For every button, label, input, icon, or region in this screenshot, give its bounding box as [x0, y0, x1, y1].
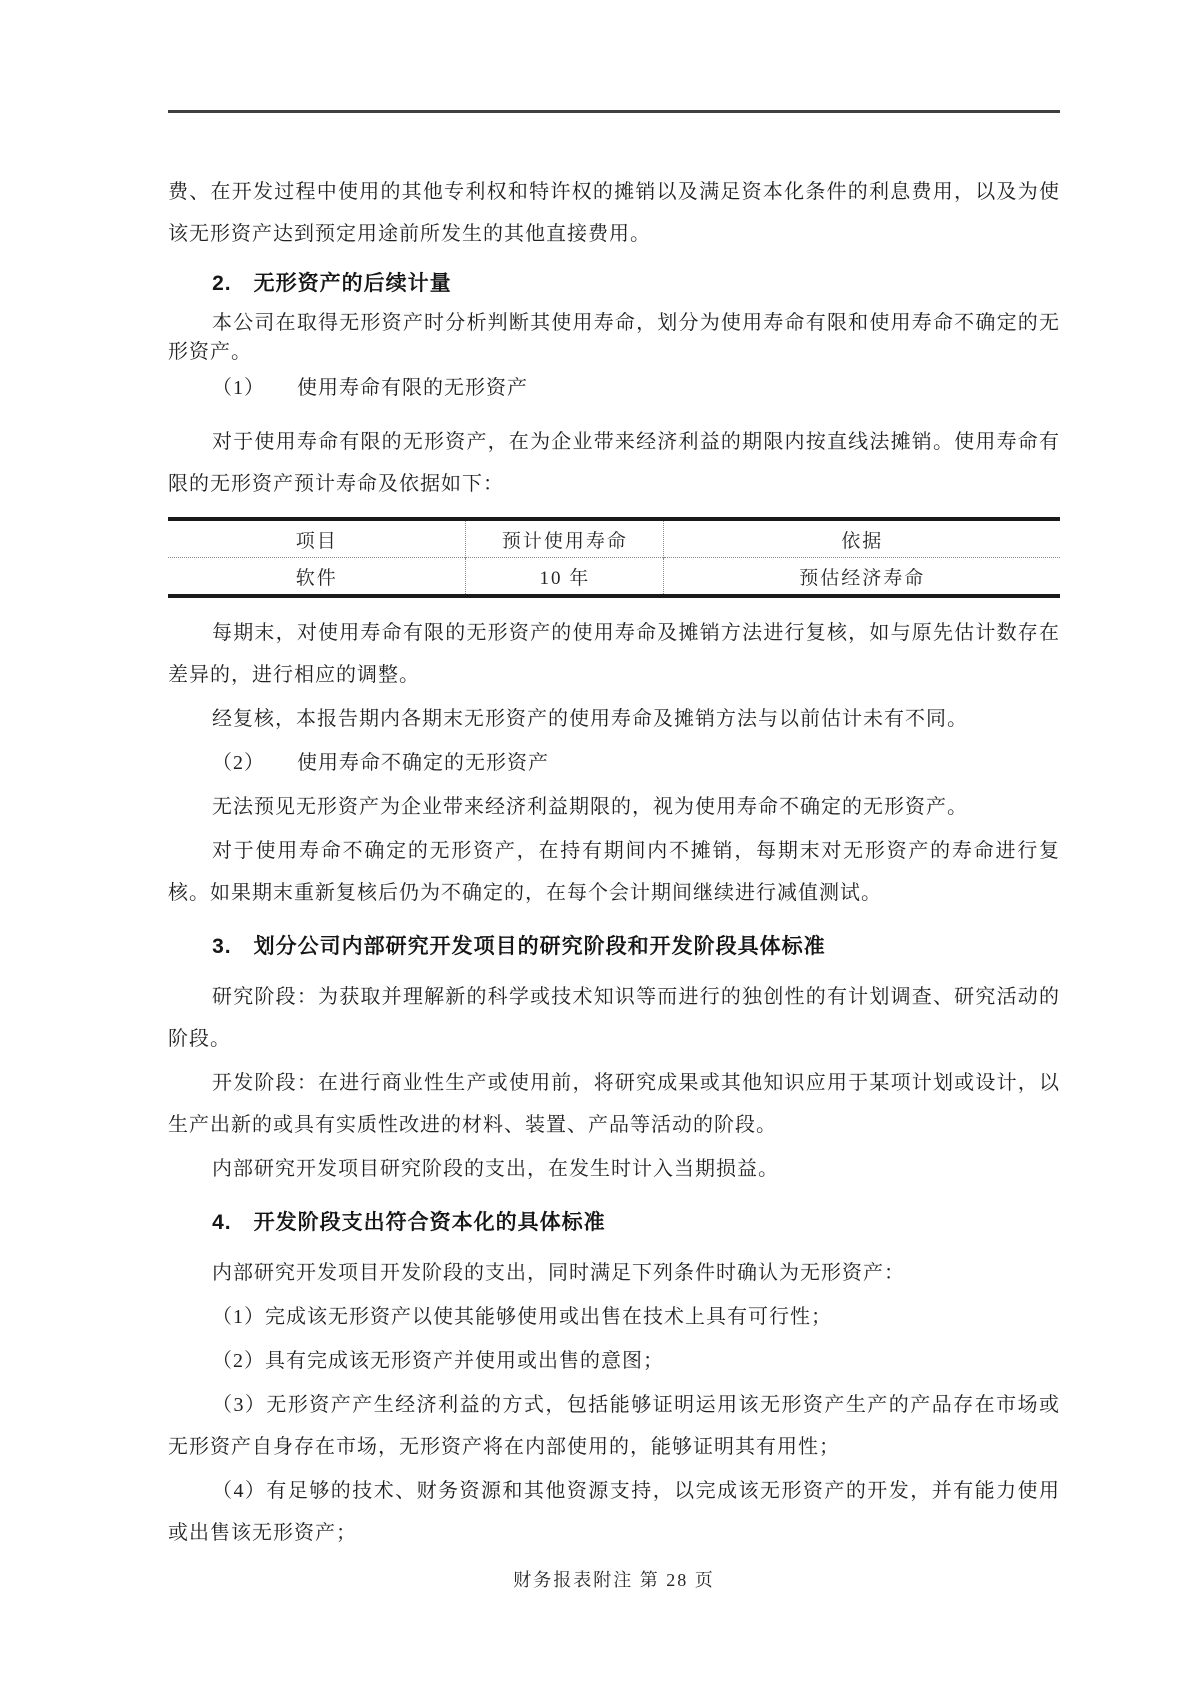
section-2-paragraph-straight-line: 对于使用寿命有限的无形资产，在为企业带来经济利益的期限内按直线法摊销。使用寿命有…	[168, 421, 1060, 505]
table-header-expected-life: 预计使用寿命	[466, 519, 664, 558]
document-page: 费、在开发过程中使用的其他专利权和特许权的摊销以及满足资本化条件的利息费用，以及…	[0, 0, 1200, 1697]
table-cell-expected-life: 10 年	[466, 558, 664, 597]
section-2-paragraph-review: 每期末，对使用寿命有限的无形资产的使用寿命及摊销方法进行复核，如与原先估计数存在…	[168, 612, 1060, 696]
section-4-condition-1: （1）完成该无形资产以使其能够使用或出售在技术上具有可行性；	[168, 1296, 1060, 1338]
section-2-item-2-title: （2） 使用寿命不确定的无形资产	[168, 742, 1060, 784]
table-cell-basis: 预估经济寿命	[664, 558, 1060, 597]
table-header-item: 项目	[168, 519, 466, 558]
section-2-paragraph-indefinite: 无法预见无形资产为企业带来经济利益期限的，视为使用寿命不确定的无形资产。	[168, 786, 1060, 828]
page-footer: 财务报表附注 第 28 页	[168, 1566, 1060, 1592]
section-2-item-1-title: （1） 使用寿命有限的无形资产	[168, 367, 1060, 409]
section-2-paragraph-useful-life: 本公司在取得无形资产时分析判断其使用寿命，划分为使用寿命有限和使用寿命不确定的无…	[168, 309, 1060, 367]
section-2-paragraph-review-result: 经复核，本报告期内各期末无形资产的使用寿命及摊销方法与以前估计未有不同。	[168, 698, 1060, 740]
section-4-paragraph-conditions: 内部研究开发项目开发阶段的支出，同时满足下列条件时确认为无形资产：	[168, 1252, 1060, 1294]
table-cell-item: 软件	[168, 558, 466, 597]
section-3-paragraph-research-phase: 研究阶段：为获取并理解新的科学或技术知识等而进行的独创性的有计划调查、研究活动的…	[168, 976, 1060, 1060]
section-4-heading: 4. 开发阶段支出符合资本化的具体标准	[168, 1206, 1060, 1240]
useful-life-table: 项目 预计使用寿命 依据 软件 10 年 预估经济寿命	[168, 517, 1060, 598]
header-rule	[168, 110, 1060, 113]
section-3-paragraph-expense: 内部研究开发项目研究阶段的支出，在发生时计入当期损益。	[168, 1148, 1060, 1190]
section-4-condition-4: （4）有足够的技术、财务资源和其他资源支持，以完成该无形资产的开发，并有能力使用…	[168, 1470, 1060, 1554]
section-3-paragraph-development-phase: 开发阶段：在进行商业性生产或使用前，将研究成果或其他知识应用于某项计划或设计，以…	[168, 1062, 1060, 1146]
table-row: 软件 10 年 预估经济寿命	[168, 558, 1060, 597]
section-2-heading: 2. 无形资产的后续计量	[168, 267, 1060, 301]
section-4-condition-3: （3）无形资产产生经济利益的方式，包括能够证明运用该无形资产生产的产品存在市场或…	[168, 1384, 1060, 1468]
section-4-condition-2: （2）具有完成该无形资产并使用或出售的意图；	[168, 1340, 1060, 1382]
section-3-heading: 3. 划分公司内部研究开发项目的研究阶段和开发阶段具体标准	[168, 930, 1060, 964]
table-header-row: 项目 预计使用寿命 依据	[168, 519, 1060, 558]
paragraph-intro: 费、在开发过程中使用的其他专利权和特许权的摊销以及满足资本化条件的利息费用，以及…	[168, 171, 1060, 255]
table-header-basis: 依据	[664, 519, 1060, 558]
section-2-paragraph-indefinite-review: 对于使用寿命不确定的无形资产，在持有期间内不摊销，每期末对无形资产的寿命进行复核…	[168, 830, 1060, 914]
